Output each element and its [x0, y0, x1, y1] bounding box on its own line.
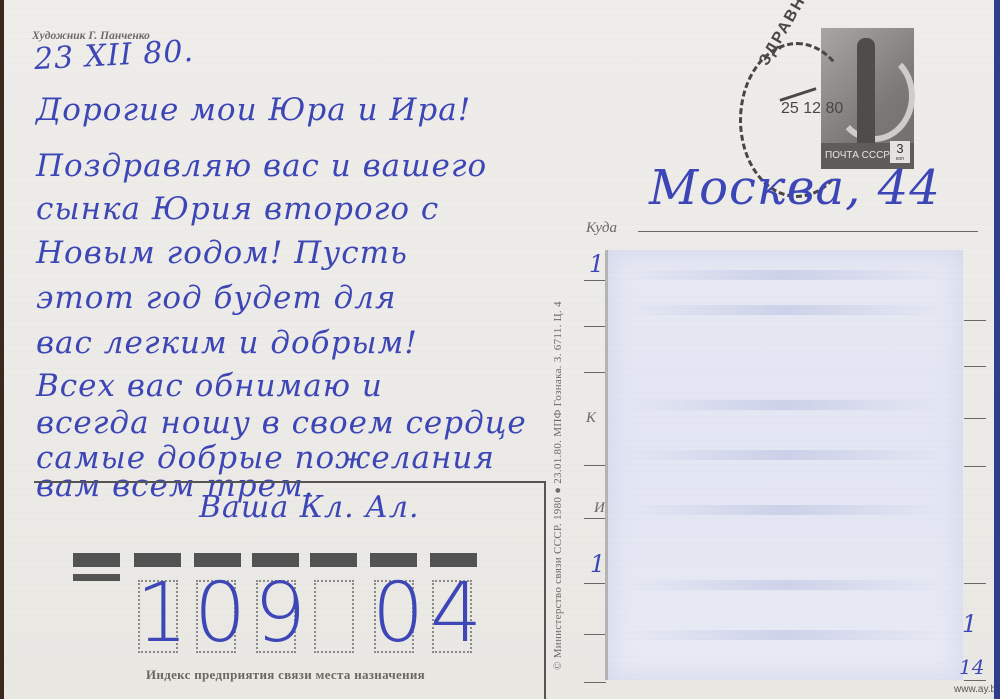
postal-digit: 0	[372, 564, 424, 664]
destination-city: Москва, 44	[649, 160, 941, 216]
postal-digit: 4	[430, 564, 482, 664]
index-caption: Индекс предприятия связи места назначени…	[146, 667, 425, 683]
message-line: всегда ношу в своем сердце	[36, 405, 527, 441]
address-line	[964, 466, 986, 467]
postal-digit: 0	[194, 564, 246, 664]
postal-digit-box: 4	[432, 580, 472, 653]
message-line: этот год будет для	[36, 280, 397, 316]
postal-digit: 9	[254, 564, 306, 664]
index-box-right-border	[544, 481, 546, 699]
code-marker-bar	[310, 553, 357, 567]
monument-icon	[857, 38, 875, 143]
kuda-label: Куда	[586, 220, 617, 237]
address-line	[964, 418, 986, 419]
address-line	[584, 634, 606, 635]
komu-label-partial: К	[586, 410, 596, 427]
message-line: Дорогие мои Юра и Ира!	[36, 92, 471, 128]
address-line	[964, 366, 986, 367]
scan-edge	[994, 0, 1000, 699]
margin-mark: 14	[959, 655, 984, 679]
publisher-imprint: © Министерство связи СССР. 1980 ● 23.01.…	[552, 301, 564, 670]
address-line	[964, 320, 986, 321]
postmark-date: 25 12 80	[781, 100, 843, 118]
code-marker-bar	[73, 574, 120, 581]
address-line	[964, 583, 986, 584]
address-line	[584, 280, 606, 281]
address-line	[584, 326, 606, 327]
address-line	[584, 682, 606, 683]
address-line	[584, 372, 606, 373]
message-line: Всех вас обнимаю и	[36, 368, 383, 404]
address-line	[638, 231, 978, 232]
address-sticker	[605, 250, 963, 680]
address-line	[584, 583, 606, 584]
signature: Ваша Кл. Ал.	[199, 490, 420, 525]
margin-mark: 1	[589, 250, 604, 278]
postal-digit-box: 0	[374, 580, 414, 653]
margin-mark: 1	[590, 550, 605, 578]
postcard: Художник Г. Панченко 23 XII 80. Дорогие …	[4, 0, 994, 699]
code-marker-bar	[73, 553, 120, 567]
postal-digit-box: 1	[138, 580, 178, 653]
address-line	[964, 680, 986, 681]
watermark: www.ay.by	[954, 684, 994, 695]
message-line: сынка Юрия второго с	[36, 191, 439, 227]
message-line: Поздравляю вас и вашего	[36, 148, 487, 184]
postal-digit: 1	[136, 564, 188, 664]
address-line	[584, 518, 606, 519]
postal-digit-box: 0	[196, 580, 236, 653]
address-line	[584, 465, 606, 466]
message-line: Новым годом! Пусть	[36, 235, 408, 271]
index-box-top-border	[34, 481, 544, 483]
handwritten-date: 23 XII 80.	[33, 34, 195, 77]
margin-mark: 1	[962, 610, 977, 638]
postal-digit-box	[314, 580, 354, 653]
message-line: вас легким и добрым!	[36, 325, 418, 361]
sender-label-partial: И	[594, 500, 605, 517]
postal-digit-box: 9	[256, 580, 296, 653]
